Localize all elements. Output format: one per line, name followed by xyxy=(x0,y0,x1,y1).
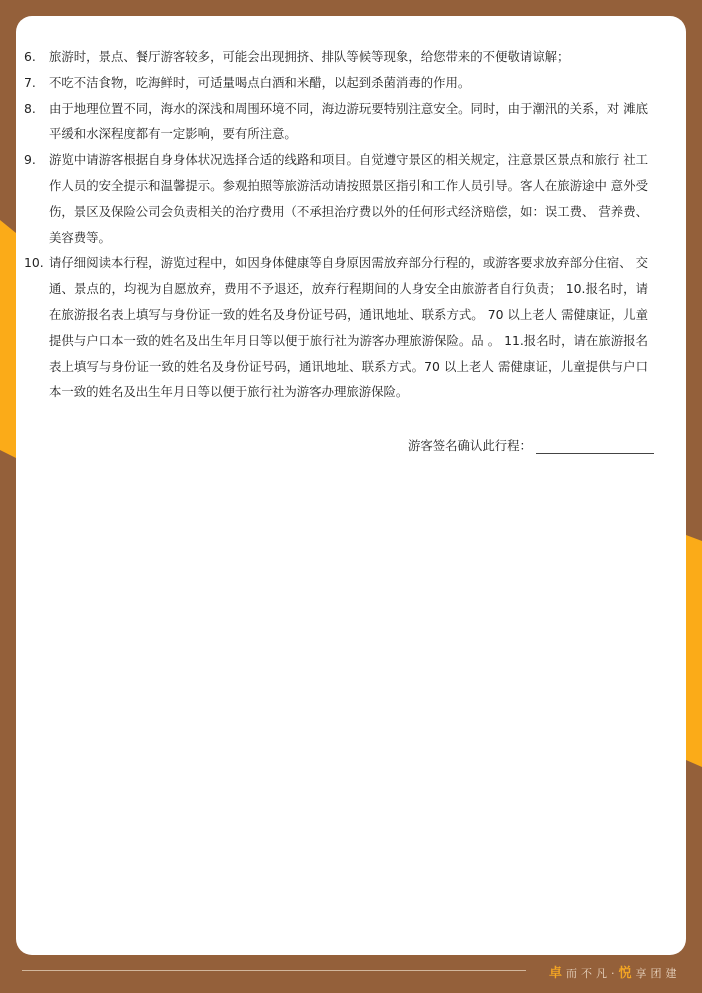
travel-notes-list: 6. 旅游时，景点、餐厅游客较多，可能会出现拥挤、排队等候等现象，给您带来的不便… xyxy=(24,44,648,405)
note-item-10: 10. 请仔细阅读本行程，游览过程中，如因身体健康等自身原因需放弃部分行程的，或… xyxy=(24,250,648,405)
footer-divider xyxy=(22,970,526,971)
note-number: 9. xyxy=(24,147,36,173)
note-item-9: 9. 游览中请游客根据自身身体状况选择合适的线路和项目。自觉遵守景区的相关规定，… xyxy=(24,147,648,250)
signature-block: 游客签名确认此行程： xyxy=(408,436,654,454)
note-item-7: 7. 不吃不洁食物，吃海鲜时，可适量喝点白酒和米醋，以起到杀菌消毒的作用。 xyxy=(24,70,648,96)
footer-slogan: 卓而不凡·悦享团建 xyxy=(549,962,681,981)
slogan-text-1: 而不凡· xyxy=(566,967,619,980)
note-number: 8. xyxy=(24,96,36,122)
note-item-8: 8. 由于地理位置不同，海水的深浅和周围环境不同，海边游玩要特别注意安全。同时，… xyxy=(24,96,648,148)
note-item-6: 6. 旅游时，景点、餐厅游客较多，可能会出现拥挤、排队等候等现象，给您带来的不便… xyxy=(24,44,648,70)
note-text: 旅游时，景点、餐厅游客较多，可能会出现拥挤、排队等候等现象，给您带来的不便敬请谅… xyxy=(49,44,648,70)
slogan-highlight-2: 悦 xyxy=(619,966,636,981)
slogan-highlight-1: 卓 xyxy=(549,966,566,981)
signature-label: 游客签名确认此行程： xyxy=(408,436,532,454)
note-number: 10. xyxy=(24,250,44,276)
slogan-text-2: 享团建 xyxy=(636,967,681,980)
note-text: 请仔细阅读本行程，游览过程中，如因身体健康等自身原因需放弃部分行程的，或游客要求… xyxy=(49,250,648,405)
note-number: 7. xyxy=(24,70,36,96)
note-number: 6. xyxy=(24,44,36,70)
note-text: 游览中请游客根据自身身体状况选择合适的线路和项目。自觉遵守景区的相关规定，注意景… xyxy=(49,147,648,250)
signature-line-field[interactable] xyxy=(536,439,654,454)
note-text: 不吃不洁食物，吃海鲜时，可适量喝点白酒和米醋，以起到杀菌消毒的作用。 xyxy=(49,70,648,96)
note-text: 由于地理位置不同，海水的深浅和周围环境不同，海边游玩要特别注意安全。同时，由于潮… xyxy=(49,96,648,148)
